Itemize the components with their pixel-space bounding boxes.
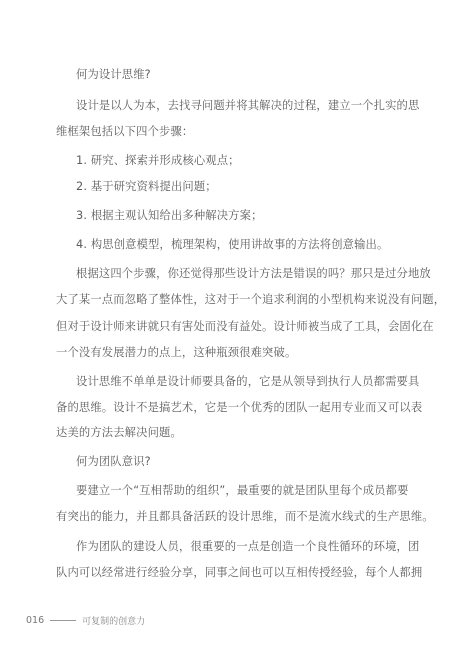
paragraph-line: 3. 根据主观认知给出多种解决方案； <box>76 209 378 223</box>
paragraph-line: 要建立一个“互相帮助的组织”，最重要的就是团队里每个成员都要 <box>76 484 378 498</box>
paragraph-line: 根据这四个步骤，你还觉得那些设计方法是错误的吗？那只是过分地放 <box>76 267 378 281</box>
document-page: 何为设计思维?设计是以人为本，去找寻问题并将其解决的过程，建立一个扎实的思维框架… <box>0 0 475 672</box>
paragraph-line: 达美的方法去解决问题。 <box>56 426 378 440</box>
paragraph-line: 作为团队的建设人员，很重要的一点是创造一个良性循环的环境，团 <box>76 540 378 554</box>
paragraph-line: 一个没有发展潜力的点上，这种瓶颈很难突破。 <box>56 346 378 360</box>
paragraph-line: 2. 基于研究资料提出问题； <box>76 180 378 194</box>
page-number: 016 <box>26 615 44 626</box>
footer-divider <box>50 620 76 621</box>
paragraph-line: 有突出的能力，并且都具备活跃的设计思维，而不是流水线式的生产思维。 <box>56 510 378 524</box>
paragraph-line: 设计思维不单单是设计师要具备的，它是从领导到执行人员都需要具 <box>76 375 378 389</box>
paragraph-line: 但对于设计师来讲就只有害处而没有益处。设计师被当成了工具，会固化在 <box>56 320 378 334</box>
paragraph-line: 队内可以经常进行经验分享，同事之间也可以互相传授经验，每个人都拥 <box>56 566 378 580</box>
section-heading: 何为团队意识? <box>76 455 378 469</box>
paragraph-line: 备的思维。设计不是搞艺术，它是一个优秀的团队一起用专业而又可以表 <box>56 401 378 415</box>
section-heading: 何为设计思维? <box>76 68 378 82</box>
paragraph-line: 大了某一点而忽略了整体性，这对于一个追求利润的小型机构来说没有问题， <box>56 293 378 307</box>
paragraph-line: 1. 研究、探索并形成核心观点； <box>76 154 378 168</box>
page-footer: 016 可复制的创意力 <box>26 614 145 627</box>
paragraph-line: 设计是以人为本，去找寻问题并将其解决的过程，建立一个扎实的思 <box>76 99 378 113</box>
book-title: 可复制的创意力 <box>82 614 145 627</box>
paragraph-line: 维框架包括以下四个步骤： <box>56 125 378 139</box>
paragraph-line: 4. 构思创意模型，梳理架构，使用讲故事的方法将创意输出。 <box>76 238 378 252</box>
